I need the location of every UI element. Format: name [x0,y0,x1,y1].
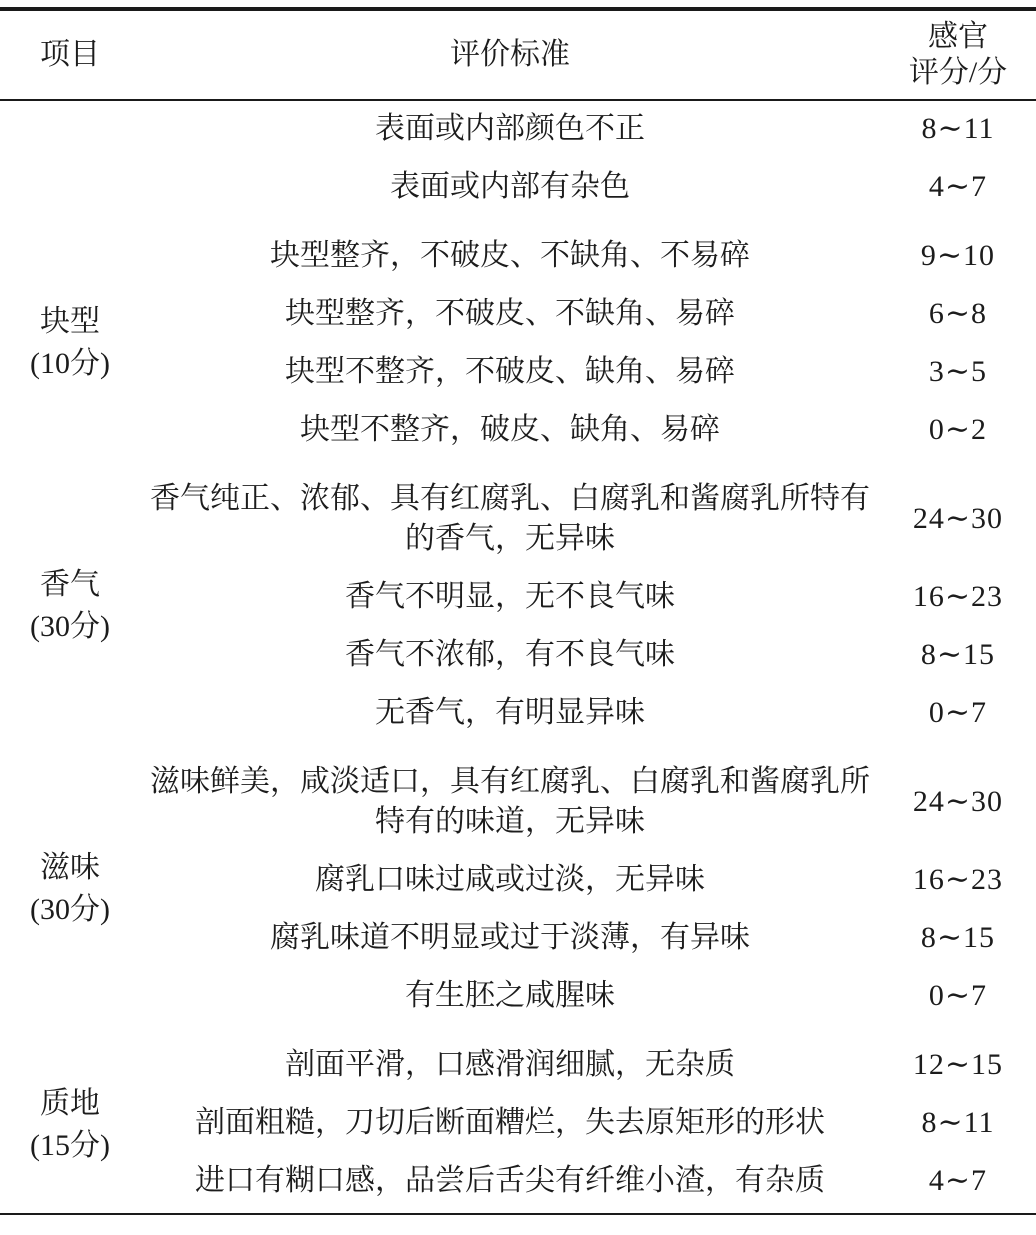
criteria-cell: 块型不整齐，破皮、缺角、易碎 [140,401,880,459]
col-header-item: 项目 [0,9,140,100]
table-header: 项目 评价标准 感官 评分/分 [0,9,1036,100]
item-group-name: 滋味 [0,847,140,889]
score-cell: 8∼15 [880,909,1036,967]
criteria-cell: 香气不浓郁，有不良气味 [140,626,880,684]
criteria-cell: 香气纯正、浓郁、具有红腐乳、白腐乳和酱腐乳所特有的香气，无异味 [140,459,880,568]
table-row: 表面或内部颜色不正 8∼11 [0,100,1036,158]
score-cell: 0∼7 [880,967,1036,1025]
score-cell: 4∼7 [880,1152,1036,1214]
sensory-evaluation-table: 项目 评价标准 感官 评分/分 表面或内部颜色不正 8∼11 表面或内部有杂色 [0,7,1036,1215]
criteria-cell: 无香气，有明显异味 [140,684,880,742]
criteria-cell: 块型整齐，不破皮、不缺角、不易碎 [140,216,880,285]
item-group-label: 质地 (15分) [0,1025,140,1214]
score-cell: 6∼8 [880,285,1036,343]
table-row: 腐乳口味过咸或过淡，无异味 16∼23 [0,851,1036,909]
criteria-cell: 块型不整齐，不破皮、缺角、易碎 [140,343,880,401]
table-row: 进口有糊口感，品尝后舌尖有纤维小渣，有杂质 4∼7 [0,1152,1036,1214]
criteria-cell: 剖面平滑，口感滑润细腻，无杂质 [140,1025,880,1094]
score-cell: 4∼7 [880,158,1036,216]
table-row: 腐乳味道不明显或过于淡薄，有异味 8∼15 [0,909,1036,967]
item-group-name: 块型 [0,301,140,343]
score-cell: 8∼15 [880,626,1036,684]
score-cell: 16∼23 [880,568,1036,626]
score-cell: 8∼11 [880,100,1036,158]
score-cell: 3∼5 [880,343,1036,401]
group-texture: 质地 (15分) 剖面平滑，口感滑润细腻，无杂质 12∼15 剖面粗糙，刀切后断… [0,1025,1036,1214]
score-cell: 24∼30 [880,459,1036,568]
score-cell: 9∼10 [880,216,1036,285]
item-group-score: (10分) [0,343,140,385]
score-cell: 16∼23 [880,851,1036,909]
score-cell: 8∼11 [880,1094,1036,1152]
score-cell: 24∼30 [880,742,1036,851]
item-group-score: (30分) [0,889,140,931]
item-group-name: 香气 [0,564,140,606]
criteria-cell: 表面或内部颜色不正 [140,100,880,158]
criteria-cell: 块型整齐，不破皮、不缺角、易碎 [140,285,880,343]
criteria-cell: 剖面粗糙，刀切后断面糟烂，失去原矩形的形状 [140,1094,880,1152]
item-group-label: 香气 (30分) [0,459,140,742]
table-row: 香气不明显，无不良气味 16∼23 [0,568,1036,626]
table-row: 表面或内部有杂色 4∼7 [0,158,1036,216]
criteria-cell: 有生胚之咸腥味 [140,967,880,1025]
score-cell: 0∼7 [880,684,1036,742]
criteria-cell: 滋味鲜美，咸淡适口，具有红腐乳、白腐乳和酱腐乳所特有的味道，无异味 [140,742,880,851]
table-row: 块型不整齐，不破皮、缺角、易碎 3∼5 [0,343,1036,401]
score-cell: 12∼15 [880,1025,1036,1094]
table-row: 滋味 (30分) 滋味鲜美，咸淡适口，具有红腐乳、白腐乳和酱腐乳所特有的味道，无… [0,742,1036,851]
criteria-cell: 腐乳口味过咸或过淡，无异味 [140,851,880,909]
item-group-score: (30分) [0,606,140,648]
col-header-score-line1: 感官 [880,19,1036,55]
group-unlabeled: 表面或内部颜色不正 8∼11 表面或内部有杂色 4∼7 [0,100,1036,216]
table-row: 块型整齐，不破皮、不缺角、易碎 6∼8 [0,285,1036,343]
score-cell: 0∼2 [880,401,1036,459]
document-page: 项目 评价标准 感官 评分/分 表面或内部颜色不正 8∼11 表面或内部有杂色 [0,0,1036,1235]
criteria-cell: 腐乳味道不明显或过于淡薄，有异味 [140,909,880,967]
table-row: 香气不浓郁，有不良气味 8∼15 [0,626,1036,684]
group-taste: 滋味 (30分) 滋味鲜美，咸淡适口，具有红腐乳、白腐乳和酱腐乳所特有的味道，无… [0,742,1036,1025]
table-row: 块型不整齐，破皮、缺角、易碎 0∼2 [0,401,1036,459]
table-row: 香气 (30分) 香气纯正、浓郁、具有红腐乳、白腐乳和酱腐乳所特有的香气，无异味… [0,459,1036,568]
table-row: 无香气，有明显异味 0∼7 [0,684,1036,742]
criteria-cell: 表面或内部有杂色 [140,158,880,216]
col-header-criteria: 评价标准 [140,9,880,100]
item-group-label: 块型 (10分) [0,216,140,459]
table-row: 有生胚之咸腥味 0∼7 [0,967,1036,1025]
item-group-label [0,100,140,216]
item-group-name: 质地 [0,1083,140,1125]
criteria-cell: 香气不明显，无不良气味 [140,568,880,626]
item-group-score: (15分) [0,1125,140,1167]
group-block-shape: 块型 (10分) 块型整齐，不破皮、不缺角、不易碎 9∼10 块型整齐，不破皮、… [0,216,1036,459]
table-row: 块型 (10分) 块型整齐，不破皮、不缺角、不易碎 9∼10 [0,216,1036,285]
col-header-score: 感官 评分/分 [880,9,1036,100]
group-aroma: 香气 (30分) 香气纯正、浓郁、具有红腐乳、白腐乳和酱腐乳所特有的香气，无异味… [0,459,1036,742]
header-row: 项目 评价标准 感官 评分/分 [0,9,1036,100]
item-group-label: 滋味 (30分) [0,742,140,1025]
col-header-score-line2: 评分/分 [880,55,1036,91]
criteria-cell: 进口有糊口感，品尝后舌尖有纤维小渣，有杂质 [140,1152,880,1214]
table-row: 剖面粗糙，刀切后断面糟烂，失去原矩形的形状 8∼11 [0,1094,1036,1152]
table-row: 质地 (15分) 剖面平滑，口感滑润细腻，无杂质 12∼15 [0,1025,1036,1094]
